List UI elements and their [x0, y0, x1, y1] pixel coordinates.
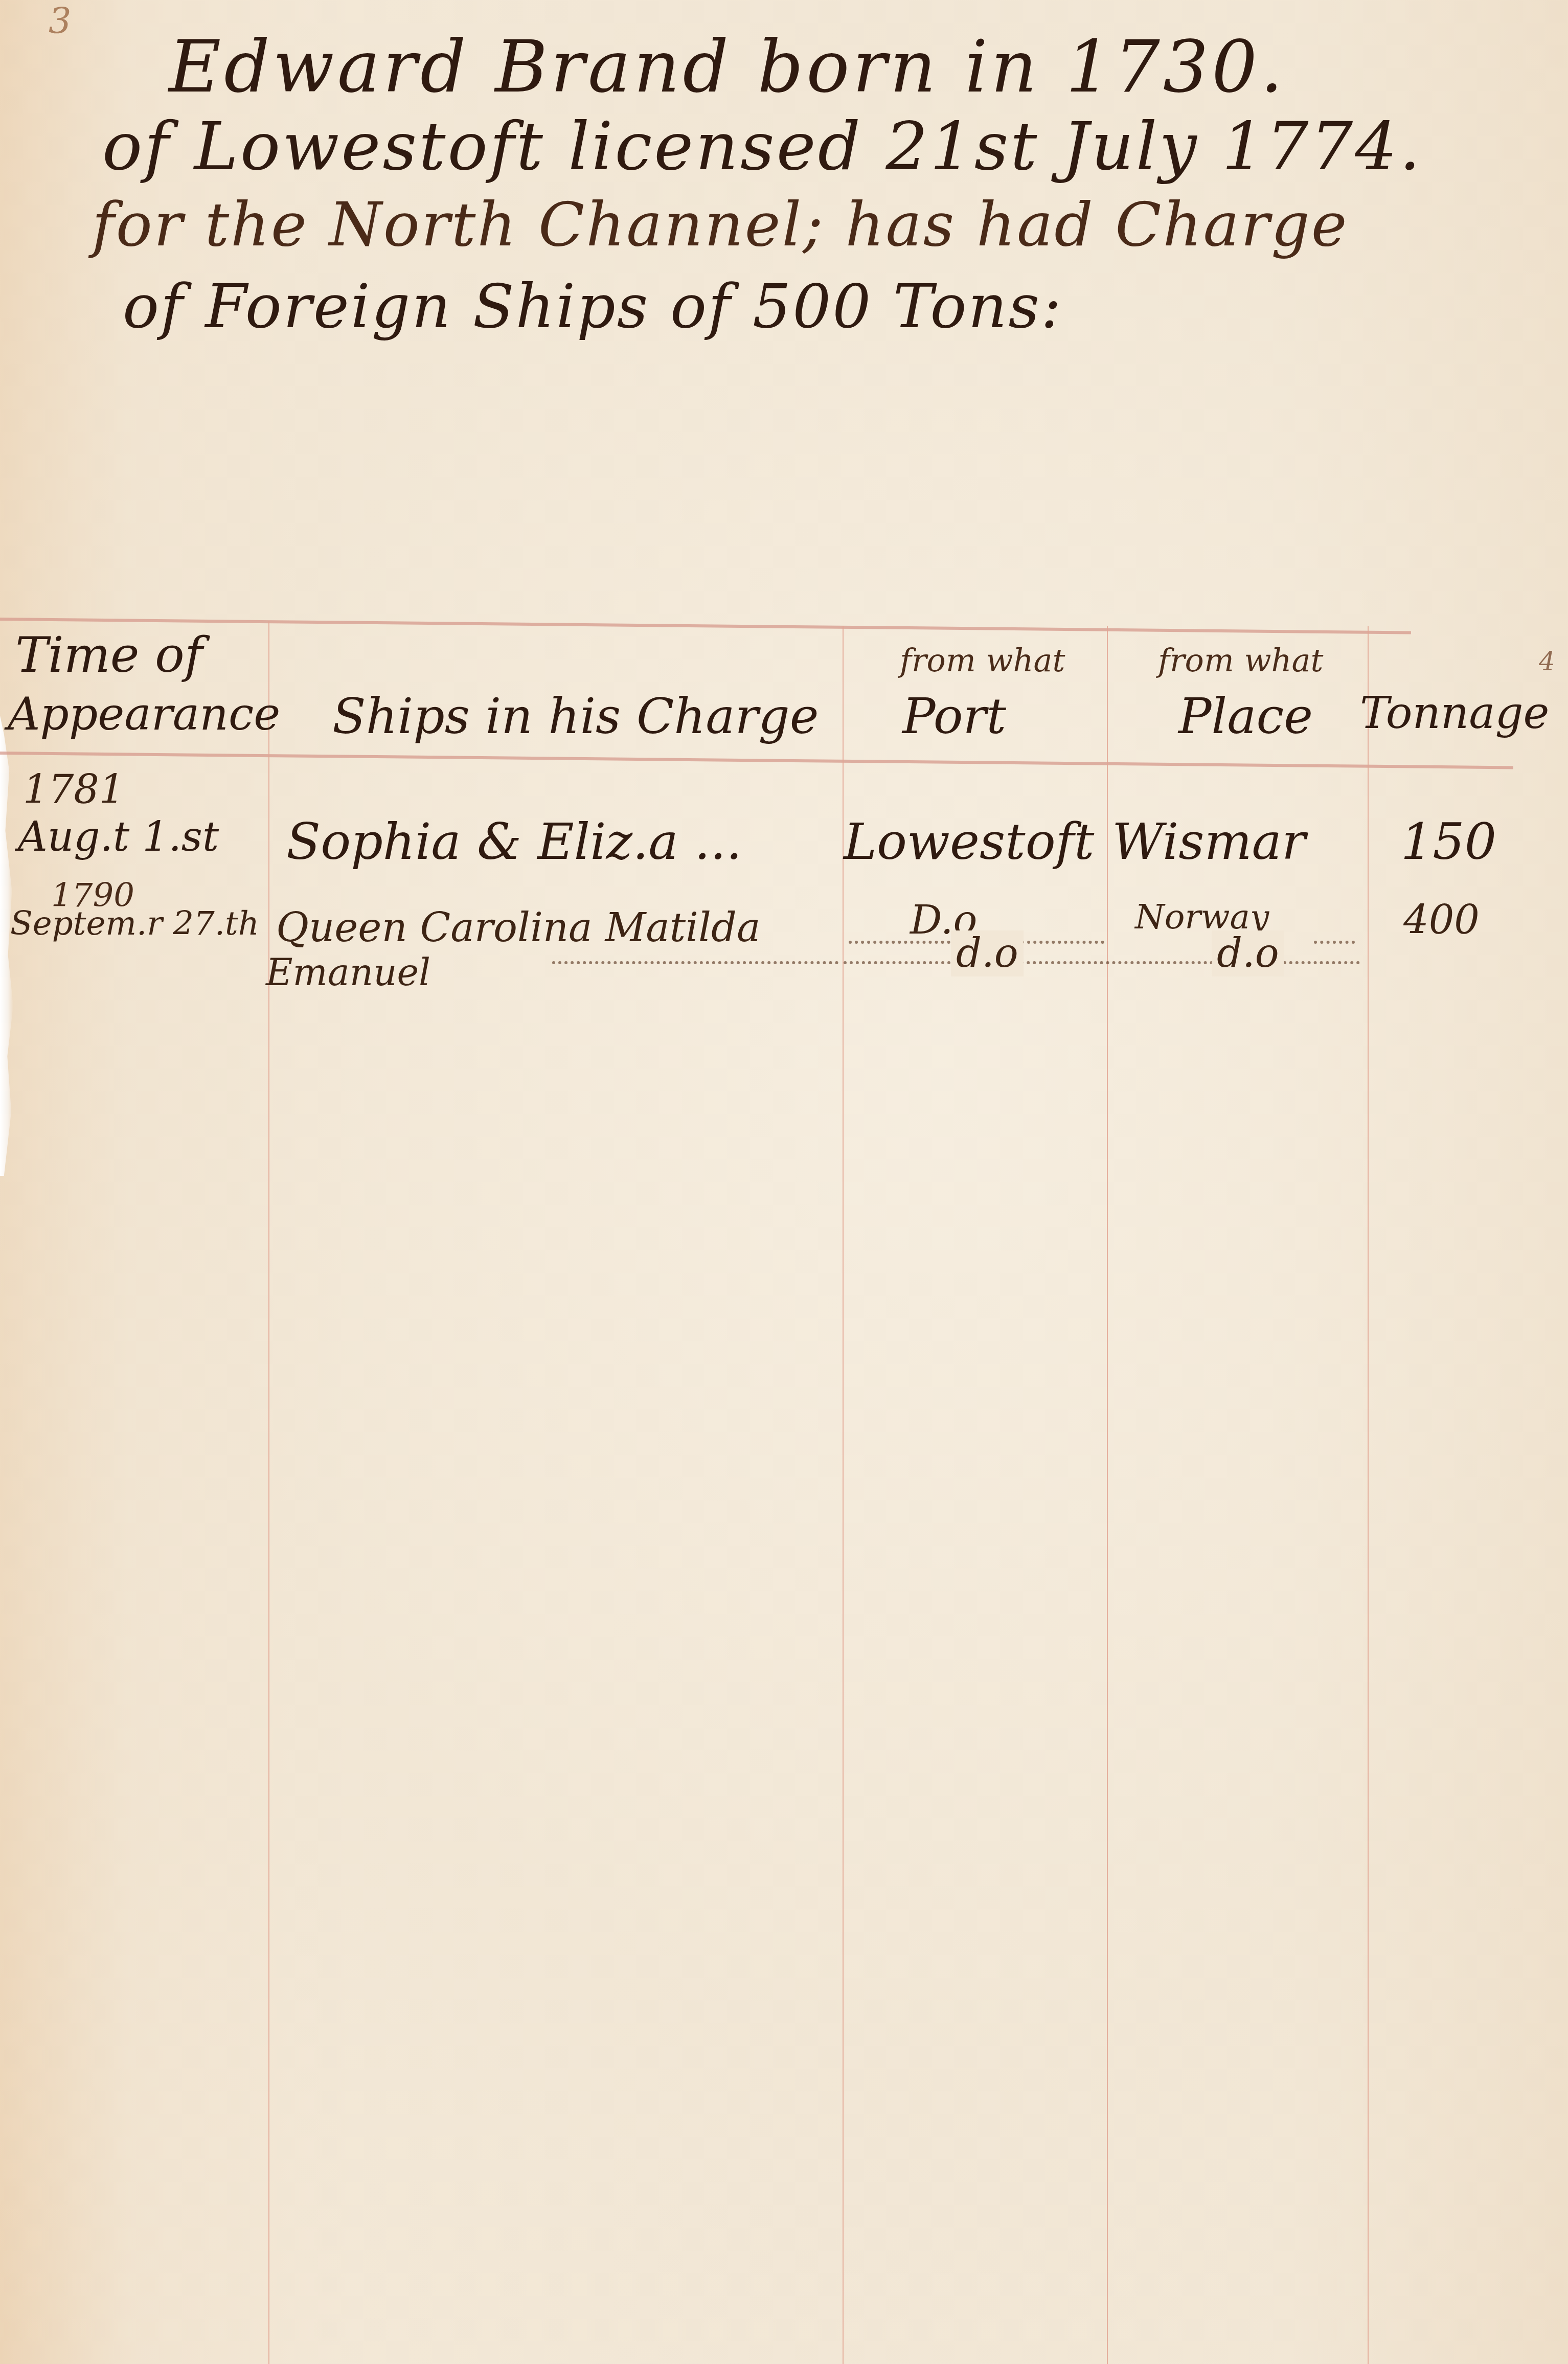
row-tonnage: 400 [1403, 897, 1480, 943]
table-top-rule [0, 618, 1411, 634]
header-appearance: Appearance [8, 688, 280, 740]
column-rule-1 [268, 621, 269, 2364]
header-bottom-rule [0, 752, 1513, 769]
header-from-what-port-top: from what [900, 642, 1065, 679]
row-place: d.o [1212, 930, 1284, 976]
row-port: Lowestoft [844, 813, 1094, 871]
header-tonnage: Tonnage [1360, 688, 1549, 739]
row-date: Aug.t 1.st [18, 813, 219, 860]
heading-name-line: Edward Brand born in 1730. [169, 26, 1286, 109]
column-rule-3 [1107, 626, 1108, 2364]
heading-channel-line: for the North Channel; has had Charge [92, 189, 1349, 260]
header-place: Place [1178, 688, 1313, 745]
header-time-of: Time of [15, 626, 202, 684]
header-from-what-place-top: from what [1158, 642, 1323, 679]
margin-mark: 4 [1539, 647, 1555, 676]
torn-page-edge [0, 716, 13, 1176]
column-rule-4 [1368, 626, 1369, 2364]
ledger-page: 3 Edward Brand born in 1730. of Lowestof… [0, 0, 1568, 2364]
row-port: d.o [951, 930, 1024, 976]
row-ship: Emanuel [266, 951, 430, 994]
row-ship: Sophia & Eliz.a ... [286, 813, 742, 871]
ditto-leader [1314, 941, 1355, 944]
page-number: 3 [49, 0, 72, 42]
row-year: 1781 [23, 767, 125, 813]
header-port: Port [902, 688, 1006, 745]
heading-license-line: of Lowestoft licensed 21st July 1774. [102, 107, 1422, 185]
heading-ships-line: of Foreign Ships of 500 Tons: [123, 271, 1063, 342]
row-place: Wismar [1112, 813, 1306, 871]
ditto-leader [552, 961, 838, 964]
column-rule-2 [843, 626, 844, 2364]
row-ship: Queen Carolina Matilda [276, 905, 760, 951]
row-date: Septem.r 27.th [10, 905, 259, 943]
row-tonnage: 150 [1401, 813, 1496, 871]
header-ships-in-charge: Ships in his Charge [332, 688, 819, 745]
